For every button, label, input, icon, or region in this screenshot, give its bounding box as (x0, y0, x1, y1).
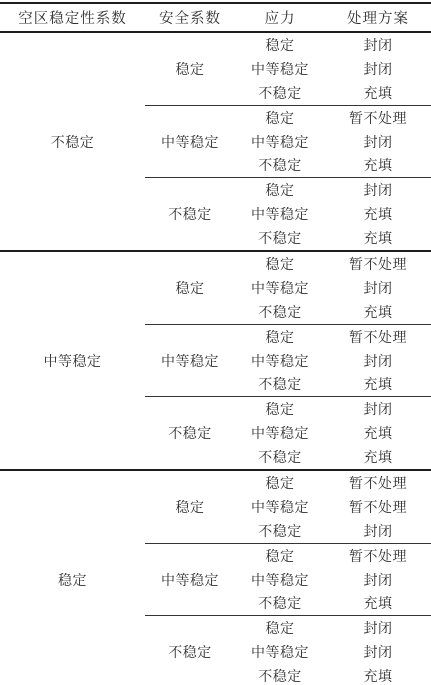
treatment-plan-cell: 暂不处理 (325, 251, 431, 276)
table-row: 不稳定稳定稳定封闭 (0, 32, 431, 57)
stress-cell: 不稳定 (235, 81, 325, 105)
cavity-stability-cell: 中等稳定 (0, 251, 145, 470)
stability-treatment-table: 空区稳定性系数 安全系数 应力 处理方案 不稳定稳定稳定封闭中等稳定封闭不稳定充… (0, 2, 431, 685)
stress-cell: 稳定 (235, 543, 325, 567)
treatment-plan-cell: 充填 (325, 445, 431, 470)
treatment-plan-cell: 充填 (325, 202, 431, 226)
treatment-plan-cell: 暂不处理 (325, 543, 431, 567)
header-row: 空区稳定性系数 安全系数 应力 处理方案 (0, 3, 431, 32)
stress-cell: 中等稳定 (235, 640, 325, 664)
col-header-stress: 应力 (235, 3, 325, 32)
treatment-plan-cell: 暂不处理 (325, 495, 431, 519)
stress-cell: 不稳定 (235, 445, 325, 470)
treatment-plan-cell: 封闭 (325, 519, 431, 543)
stress-cell: 不稳定 (235, 372, 325, 396)
stress-cell: 稳定 (235, 32, 325, 57)
table-header: 空区稳定性系数 安全系数 应力 处理方案 (0, 3, 431, 32)
stress-cell: 不稳定 (235, 300, 325, 324)
table-row: 稳定稳定稳定暂不处理 (0, 470, 431, 495)
treatment-plan-cell: 封闭 (325, 276, 431, 300)
stress-cell: 不稳定 (235, 226, 325, 251)
stress-cell: 不稳定 (235, 664, 325, 685)
stress-cell: 不稳定 (235, 153, 325, 177)
treatment-plan-cell: 充填 (325, 664, 431, 685)
stress-cell: 中等稳定 (235, 202, 325, 226)
stress-cell: 中等稳定 (235, 130, 325, 154)
table-row: 中等稳定稳定稳定暂不处理 (0, 251, 431, 276)
treatment-plan-cell: 封闭 (325, 640, 431, 664)
stress-cell: 不稳定 (235, 519, 325, 543)
stress-cell: 稳定 (235, 105, 325, 129)
treatment-plan-cell: 封闭 (325, 130, 431, 154)
treatment-plan-cell: 封闭 (325, 57, 431, 81)
safety-factor-cell: 不稳定 (145, 397, 235, 470)
page: 空区稳定性系数 安全系数 应力 处理方案 不稳定稳定稳定封闭中等稳定封闭不稳定充… (0, 0, 431, 685)
safety-factor-cell: 中等稳定 (145, 543, 235, 616)
treatment-plan-cell: 封闭 (325, 32, 431, 57)
safety-factor-cell: 不稳定 (145, 178, 235, 251)
stress-cell: 稳定 (235, 616, 325, 640)
treatment-plan-cell: 充填 (325, 421, 431, 445)
col-header-safety-factor: 安全系数 (145, 3, 235, 32)
safety-factor-cell: 不稳定 (145, 616, 235, 685)
stress-cell: 稳定 (235, 178, 325, 202)
stress-cell: 稳定 (235, 324, 325, 348)
safety-factor-cell: 中等稳定 (145, 324, 235, 397)
treatment-plan-cell: 暂不处理 (325, 105, 431, 129)
safety-factor-cell: 稳定 (145, 470, 235, 543)
treatment-plan-cell: 封闭 (325, 178, 431, 202)
treatment-plan-cell: 暂不处理 (325, 470, 431, 495)
stress-cell: 不稳定 (235, 591, 325, 615)
treatment-plan-cell: 充填 (325, 300, 431, 324)
safety-factor-cell: 稳定 (145, 32, 235, 105)
safety-factor-cell: 稳定 (145, 251, 235, 324)
col-header-cavity-stability: 空区稳定性系数 (0, 3, 145, 32)
stress-cell: 中等稳定 (235, 421, 325, 445)
treatment-plan-cell: 封闭 (325, 349, 431, 373)
treatment-plan-cell: 封闭 (325, 397, 431, 421)
treatment-plan-cell: 封闭 (325, 616, 431, 640)
cavity-stability-cell: 稳定 (0, 470, 145, 685)
col-header-treatment-plan: 处理方案 (325, 3, 431, 32)
stress-cell: 中等稳定 (235, 349, 325, 373)
stress-cell: 稳定 (235, 251, 325, 276)
stress-cell: 稳定 (235, 470, 325, 495)
table-body: 不稳定稳定稳定封闭中等稳定封闭不稳定充填中等稳定稳定暂不处理中等稳定封闭不稳定充… (0, 32, 431, 685)
treatment-plan-cell: 充填 (325, 153, 431, 177)
treatment-plan-cell: 充填 (325, 591, 431, 615)
stress-cell: 中等稳定 (235, 276, 325, 300)
safety-factor-cell: 中等稳定 (145, 105, 235, 178)
stress-cell: 稳定 (235, 397, 325, 421)
treatment-plan-cell: 暂不处理 (325, 324, 431, 348)
treatment-plan-cell: 充填 (325, 226, 431, 251)
cavity-stability-cell: 不稳定 (0, 32, 145, 251)
stress-cell: 中等稳定 (235, 495, 325, 519)
stress-cell: 中等稳定 (235, 568, 325, 592)
treatment-plan-cell: 充填 (325, 81, 431, 105)
treatment-plan-cell: 封闭 (325, 568, 431, 592)
stress-cell: 中等稳定 (235, 57, 325, 81)
treatment-plan-cell: 充填 (325, 372, 431, 396)
